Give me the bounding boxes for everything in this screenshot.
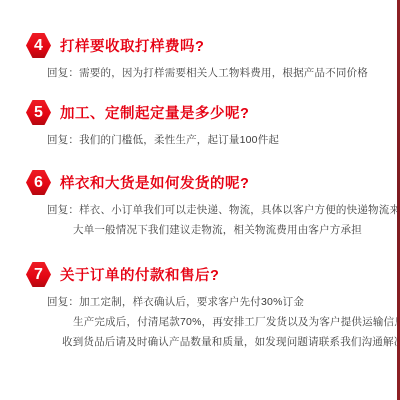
faq-answers: 回复：加工定制，样衣确认后，要求客户先付30%订金 生产完成后，付清尾款70%，… xyxy=(47,292,388,352)
faq-answers: 回复：样衣、小订单我们可以走快递、物流，具体以客户方便的快递物流来发货 大单一般… xyxy=(47,200,388,240)
faq-answer-line: 回复：样衣、小订单我们可以走快递、物流，具体以客户方便的快递物流来发货 xyxy=(47,200,388,220)
faq-answer-line: 大单一般情况下我们建议走物流，相关物流费用由客户方承担 xyxy=(47,220,388,240)
faq-answer-line: 回复：加工定制，样衣确认后，要求客户先付30%订金 xyxy=(47,292,388,312)
item-number: 7 xyxy=(34,267,43,283)
faq-question: 打样要收取打样费吗? xyxy=(60,35,204,56)
faq-answers: 回复：我们的门槛低，柔性生产，起订量100件起 xyxy=(47,130,388,150)
faq-answer-line: 收到货品后请及时确认产品数量和质量，如发现问题请联系我们沟通解决 xyxy=(47,332,388,352)
faq-question-row: 7 关于订单的付款和售后? xyxy=(26,262,388,287)
item-number-badge: 4 xyxy=(26,33,51,58)
faq-item-4: 4 打样要收取打样费吗? 回复：需要的，因为打样需要相关人工物料费用，根据产品不… xyxy=(26,33,388,83)
faq-question-row: 4 打样要收取打样费吗? xyxy=(26,33,388,58)
faq-answer-line: 回复：需要的，因为打样需要相关人工物料费用，根据产品不同价格 xyxy=(47,63,388,83)
faq-item-7: 7 关于订单的付款和售后? 回复：加工定制，样衣确认后，要求客户先付30%订金 … xyxy=(26,262,388,352)
faq-answers: 回复：需要的，因为打样需要相关人工物料费用，根据产品不同价格 xyxy=(47,63,388,83)
faq-page: 4 打样要收取打样费吗? 回复：需要的，因为打样需要相关人工物料费用，根据产品不… xyxy=(0,0,400,400)
item-number-badge: 7 xyxy=(26,262,51,287)
faq-item-6: 6 样衣和大货是如何发货的呢? 回复：样衣、小订单我们可以走快递、物流，具体以客… xyxy=(26,170,388,240)
item-number-badge: 6 xyxy=(26,170,51,195)
faq-question-row: 6 样衣和大货是如何发货的呢? xyxy=(26,170,388,195)
faq-question: 加工、定制起定量是多少呢? xyxy=(60,102,249,123)
item-number: 4 xyxy=(34,38,43,54)
item-number: 6 xyxy=(34,175,43,191)
faq-item-5: 5 加工、定制起定量是多少呢? 回复：我们的门槛低，柔性生产，起订量100件起 xyxy=(26,100,388,150)
faq-answer-line: 回复：我们的门槛低，柔性生产，起订量100件起 xyxy=(47,130,388,150)
faq-question-row: 5 加工、定制起定量是多少呢? xyxy=(26,100,388,125)
faq-answer-line: 生产完成后，付清尾款70%，再安排工厂发货以及为客户提供运输信息 xyxy=(47,312,388,332)
item-number: 5 xyxy=(34,105,43,121)
faq-question: 关于订单的付款和售后? xyxy=(60,264,219,285)
faq-question: 样衣和大货是如何发货的呢? xyxy=(60,172,249,193)
item-number-badge: 5 xyxy=(26,100,51,125)
